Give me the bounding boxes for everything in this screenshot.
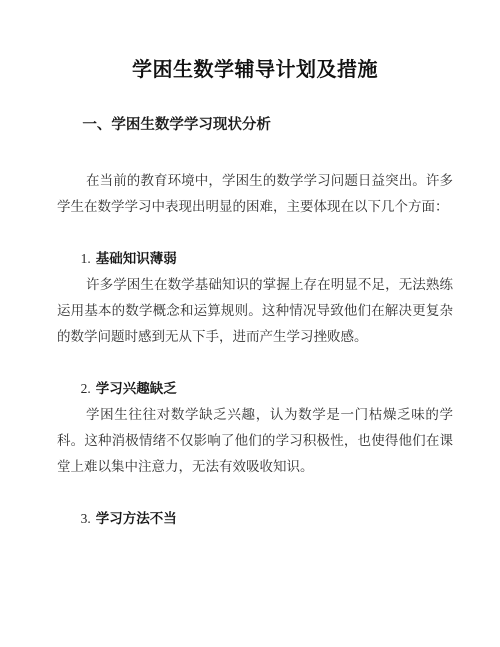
subsection-title: 学习方法不当 [96,511,177,526]
subsection-title: 学习兴趣缺乏 [96,381,177,396]
intro-paragraph: 在当前的教育环境中，学困生的数学学习问题日益突出。许多学生在数学学习中表现出明显… [57,168,453,220]
subsection-heading: 1.基础知识薄弱 [57,246,453,272]
subsection-improper-methods: 3.学习方法不当 [57,506,453,532]
document-page: 学困生数学辅导计划及措施 一、学困生数学学习现状分析 在当前的教育环境中，学困生… [0,0,500,647]
document-title: 学困生数学辅导计划及措施 [57,54,453,86]
subsection-body: 学困生往往对数学缺乏兴趣，认为数学是一门枯燥乏味的学科。这种消极情绪不仅影响了他… [57,402,453,480]
subsection-body: 许多学困生在数学基础知识的掌握上存在明显不足，无法熟练运用基本的数学概念和运算规… [57,272,453,350]
subsection-weak-foundation: 1.基础知识薄弱 许多学困生在数学基础知识的掌握上存在明显不足，无法熟练运用基本… [57,246,453,350]
subsection-lack-of-interest: 2.学习兴趣缺乏 学困生往往对数学缺乏兴趣，认为数学是一门枯燥乏味的学科。这种消… [57,376,453,480]
subsection-heading: 2.学习兴趣缺乏 [57,376,453,402]
subsection-number: 2. [81,381,91,396]
subsection-heading: 3.学习方法不当 [57,506,453,532]
subsection-number: 3. [81,511,91,526]
section-heading-analysis: 一、学困生数学学习现状分析 [57,112,453,138]
subsection-title: 基础知识薄弱 [96,251,177,266]
subsection-number: 1. [81,251,91,266]
